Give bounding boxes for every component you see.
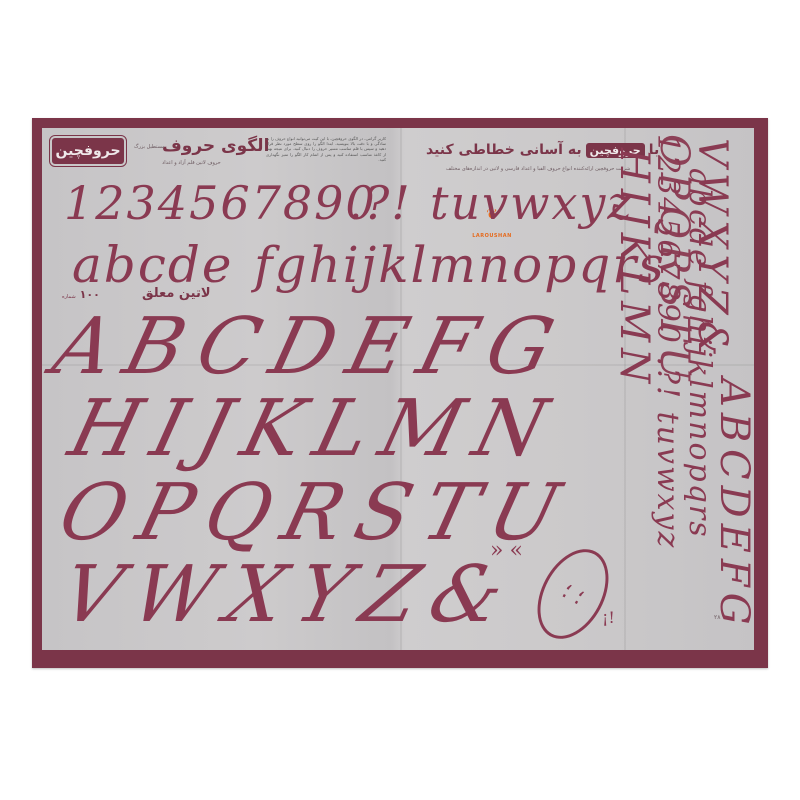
side-capitals-1: ABCDEFG bbox=[714, 378, 754, 631]
punctuation-row: .?! bbox=[348, 180, 412, 226]
title-note: مستطیل بزرگ bbox=[134, 144, 165, 150]
number-value: ۱۰۰ bbox=[80, 288, 100, 301]
quote-marks-icon: »« bbox=[490, 538, 529, 563]
capitals-row-4: VWXYZ& bbox=[54, 556, 525, 634]
style-name: لاتین معلق bbox=[142, 286, 211, 301]
poster-title: الگوی حروف bbox=[162, 136, 269, 156]
capitals-row-1: ABCDEFG bbox=[46, 308, 574, 386]
template-number: ۱۰۰ شماره bbox=[62, 288, 100, 301]
lowercase-mid-row: fghijklmnopqrs bbox=[254, 240, 666, 290]
number-label: شماره bbox=[62, 294, 76, 300]
capitals-row-2: HIJKLMN bbox=[62, 390, 568, 468]
poster-paper: حروفچین الگوی حروف مستطیل بزرگ حروف لاتی… bbox=[42, 128, 754, 650]
side-capitals-3: OPQRSTU bbox=[654, 134, 694, 386]
brand-logo: حروفچین bbox=[50, 136, 126, 166]
side-number: ۲۸ bbox=[714, 614, 720, 621]
side-capitals-4: VWXYZ& bbox=[692, 138, 732, 362]
side-capitals-2: HIJKLMN bbox=[614, 148, 654, 389]
slogan-text: به آسانی خطاطی کنید bbox=[426, 142, 582, 158]
exclamation-ornament-icon: ¡! bbox=[602, 608, 615, 627]
digits-row: 1234567890 bbox=[64, 180, 377, 226]
lowercase-end-row: tuvwxyz bbox=[430, 180, 634, 226]
lettering-template-poster: حروفچین الگوی حروف مستطیل بزرگ حروف لاتی… bbox=[32, 118, 768, 668]
lowercase-start-row: abcde bbox=[72, 240, 233, 290]
poster-subtitle: حروف لاتین قلم آزاد و اعداد bbox=[162, 160, 221, 166]
slogan-subtext: شرکت حروفچین ارائه‌کننده انواع حروف الفب… bbox=[446, 166, 630, 172]
